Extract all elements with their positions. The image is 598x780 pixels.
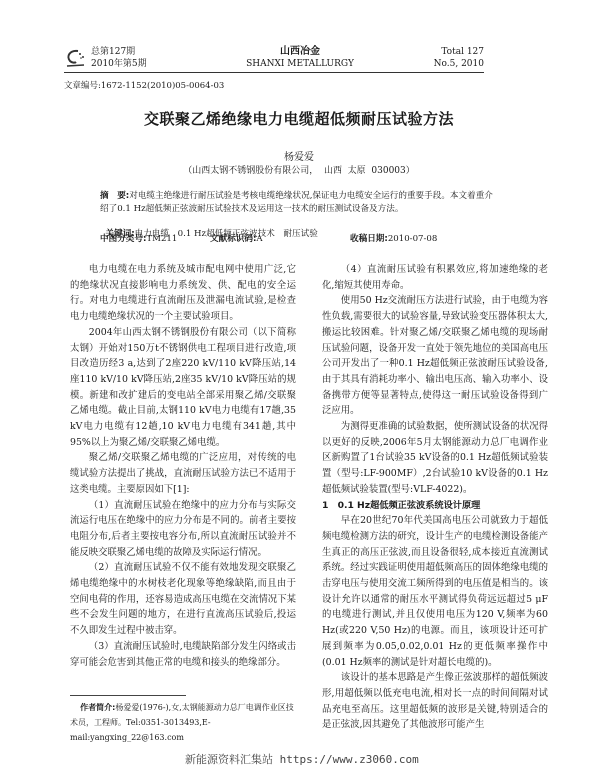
paragraph: 2004年山西太钢不锈钢股份有限公司（以下简称太钢）开始对150万t不锈钢供电工… [70, 325, 296, 451]
paragraph: 使用50 Hz交流耐压方法进行试验，由于电缆为容性负载,需要很大的试验容量,导致… [322, 293, 548, 419]
journal-name: 山西冶金 SHANXI METALLURGY [200, 46, 400, 70]
author-affiliation: （山西太钢不锈钢股份有限公司， 山西 太原 030003） [0, 163, 598, 176]
clc-code: 中图分类号:TM211 [100, 232, 177, 244]
author-name: 杨爱爱 [0, 148, 598, 163]
doc-code: 文献标识码:A [210, 232, 263, 244]
abstract: 摘 要:对电缆主绝缘进行耐压试验是考核电缆绝缘状况,保证电力电缆安全运行的重要手… [100, 190, 500, 216]
issue-total: 总第127期 [91, 46, 147, 58]
journal-logo-icon [64, 48, 86, 68]
issue-info-en: Total 127 No.5, 2010 [434, 46, 484, 70]
header-divider [64, 72, 484, 73]
footnote-divider [70, 695, 186, 696]
issue-number-en: No.5, 2010 [434, 58, 484, 70]
paragraph: （4）直流耐压试验有积累效应,将加速绝缘的老化,缩短其使用寿命。 [322, 262, 548, 293]
date-value: 2010-07-08 [388, 234, 438, 244]
issue-total-en: Total 127 [434, 46, 484, 58]
author-bio-footnote: 作者简介:杨爱爱(1976-),女,太钢能源动力总厂电调作业区技术员，工程师。T… [70, 700, 298, 745]
journal-name-cn: 山西冶金 [200, 46, 400, 58]
date-label: 收稿日期: [350, 234, 388, 244]
paragraph: （3）直流耐压试验时,电缆缺陷部分发生闪络或击穿可能会危害到其他正常的电缆和接头… [70, 639, 296, 670]
article-title: 交联聚乙烯绝缘电力电缆超低频耐压试验方法 [0, 108, 598, 129]
received-date: 收稿日期:2010-07-08 [350, 232, 437, 244]
clc-value: TM211 [146, 234, 177, 244]
body-column-left: 电力电缆在电力系统及城市配电网中使用广泛,它的绝缘状况直接影响电力系统发、供、配… [70, 262, 296, 670]
paragraph: 为测得更准确的试验数据，使所测试设备的状况得以更好的反映,2006年5月太钢能源… [322, 419, 548, 498]
doc-label: 文献标识码: [210, 234, 256, 244]
issue-year: 2010年第5期 [91, 58, 147, 70]
article-number: 文章编号:1672-1152(2010)05-0064-03 [64, 79, 224, 91]
paragraph: 聚乙烯/交联聚乙烯电缆的广泛应用，对传统的电缆试验方法提出了挑战，直流耐压试验方… [70, 450, 296, 497]
doc-value: A [256, 234, 262, 244]
paragraph: （1）直流耐压试验在绝缘中的应力分布与实际交流运行电压在绝缘中的应力分布是不同的… [70, 498, 296, 561]
abstract-label: 摘 要: [100, 191, 129, 201]
paragraph: 早在20世纪70年代美国高电压公司就致力于超低频电缆检测方法的研究，设计生产的电… [322, 513, 548, 670]
journal-name-en: SHANXI METALLURGY [200, 58, 400, 70]
footnote-label: 作者简介: [80, 703, 115, 712]
paragraph: 该设计的基本思路是产生像正弦波那样的超低频波形,用超低频以低充电电流,相对长一点… [322, 670, 548, 733]
body-column-right: （4）直流耐压试验有积累效应,将加速绝缘的老化,缩短其使用寿命。 使用50 Hz… [322, 262, 548, 733]
paragraph: （2）直流耐压试验不仅不能有效地发现交联聚乙烯电缆绝缘中的水树枝老化现象等绝缘缺… [70, 560, 296, 639]
clc-label: 中图分类号: [100, 234, 146, 244]
watermark-link[interactable]: 新能源资料汇集站 https://www.z3060.com [185, 751, 419, 767]
abstract-text: 对电缆主绝缘进行耐压试验是考核电缆绝缘状况,保证电力电缆安全运行的重要手段。本文… [100, 191, 493, 214]
paragraph: 电力电缆在电力系统及城市配电网中使用广泛,它的绝缘状况直接影响电力系统发、供、配… [70, 262, 296, 325]
section-heading: 1 0.1 Hz超低频正弦波系统设计原理 [322, 498, 548, 514]
